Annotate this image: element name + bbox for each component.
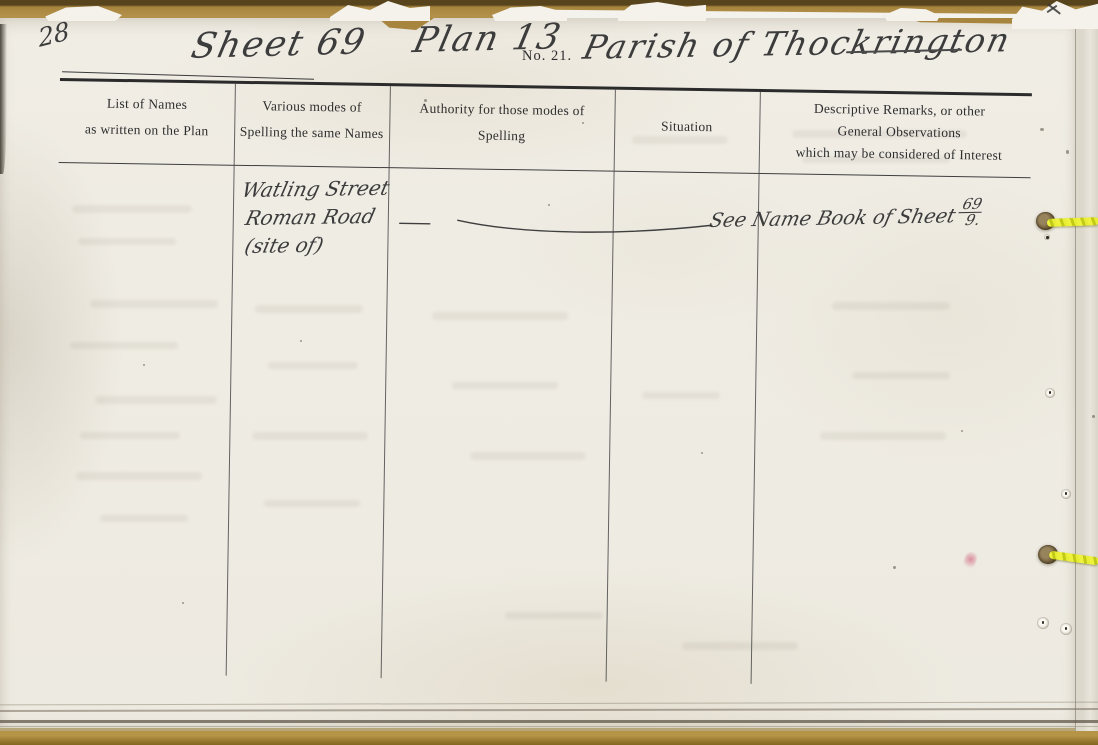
punch-hole <box>1061 489 1071 499</box>
column-header-authority: Authority for those modes of Spelling <box>389 95 615 151</box>
speck <box>1092 415 1095 418</box>
ditto-dash-line <box>396 211 714 242</box>
column-header-list-of-names: List of Names as written on the Plan <box>59 90 235 145</box>
speck <box>182 602 184 604</box>
spelling-entry-handwriting: Watling Street Roman Road (site of) <box>226 174 392 261</box>
column-divider <box>751 92 761 684</box>
page-edge-line <box>0 720 1098 723</box>
page-no-label: No. 21. <box>522 48 572 65</box>
speck <box>582 122 584 124</box>
speck <box>1066 150 1069 154</box>
page-stack-right-edge <box>1075 26 1098 732</box>
sheet-label: Sheet 69 <box>188 22 371 67</box>
punch-hole <box>1060 623 1072 635</box>
column-divider <box>606 90 616 682</box>
speck <box>424 99 427 102</box>
column-header-remarks: Descriptive Remarks, or other General Ob… <box>759 97 1040 167</box>
remarks-text: See Name Book of Sheet <box>707 204 958 232</box>
punch-hole <box>1044 234 1050 240</box>
speck <box>300 340 302 342</box>
punch-hole <box>1037 617 1049 629</box>
speck <box>893 566 896 569</box>
binding-board-bottom-edge <box>0 731 1098 745</box>
remarks-entry-handwriting: See Name Book of Sheet 69 9. <box>707 204 984 232</box>
sheet-fraction: 69 9. <box>956 198 986 228</box>
speck <box>548 204 550 206</box>
punch-hole <box>1045 388 1055 398</box>
column-header-spelling-modes: Various modes of Spelling the same Names <box>234 93 390 147</box>
speck <box>1040 128 1044 131</box>
column-divider <box>226 84 236 676</box>
column-header-situation: Situation <box>614 113 759 141</box>
scanned-document-photo: 28 Sheet 69 Plan 13 No. 21. Parish of Th… <box>0 0 1098 745</box>
page-edge-line <box>0 726 1098 727</box>
speck <box>143 364 145 366</box>
speck <box>961 430 963 432</box>
name-book-table: List of Names as written on the Plan Var… <box>51 78 1040 691</box>
parish-name-handwriting: Parish of Thockrington <box>580 20 1016 67</box>
speck <box>701 452 703 454</box>
